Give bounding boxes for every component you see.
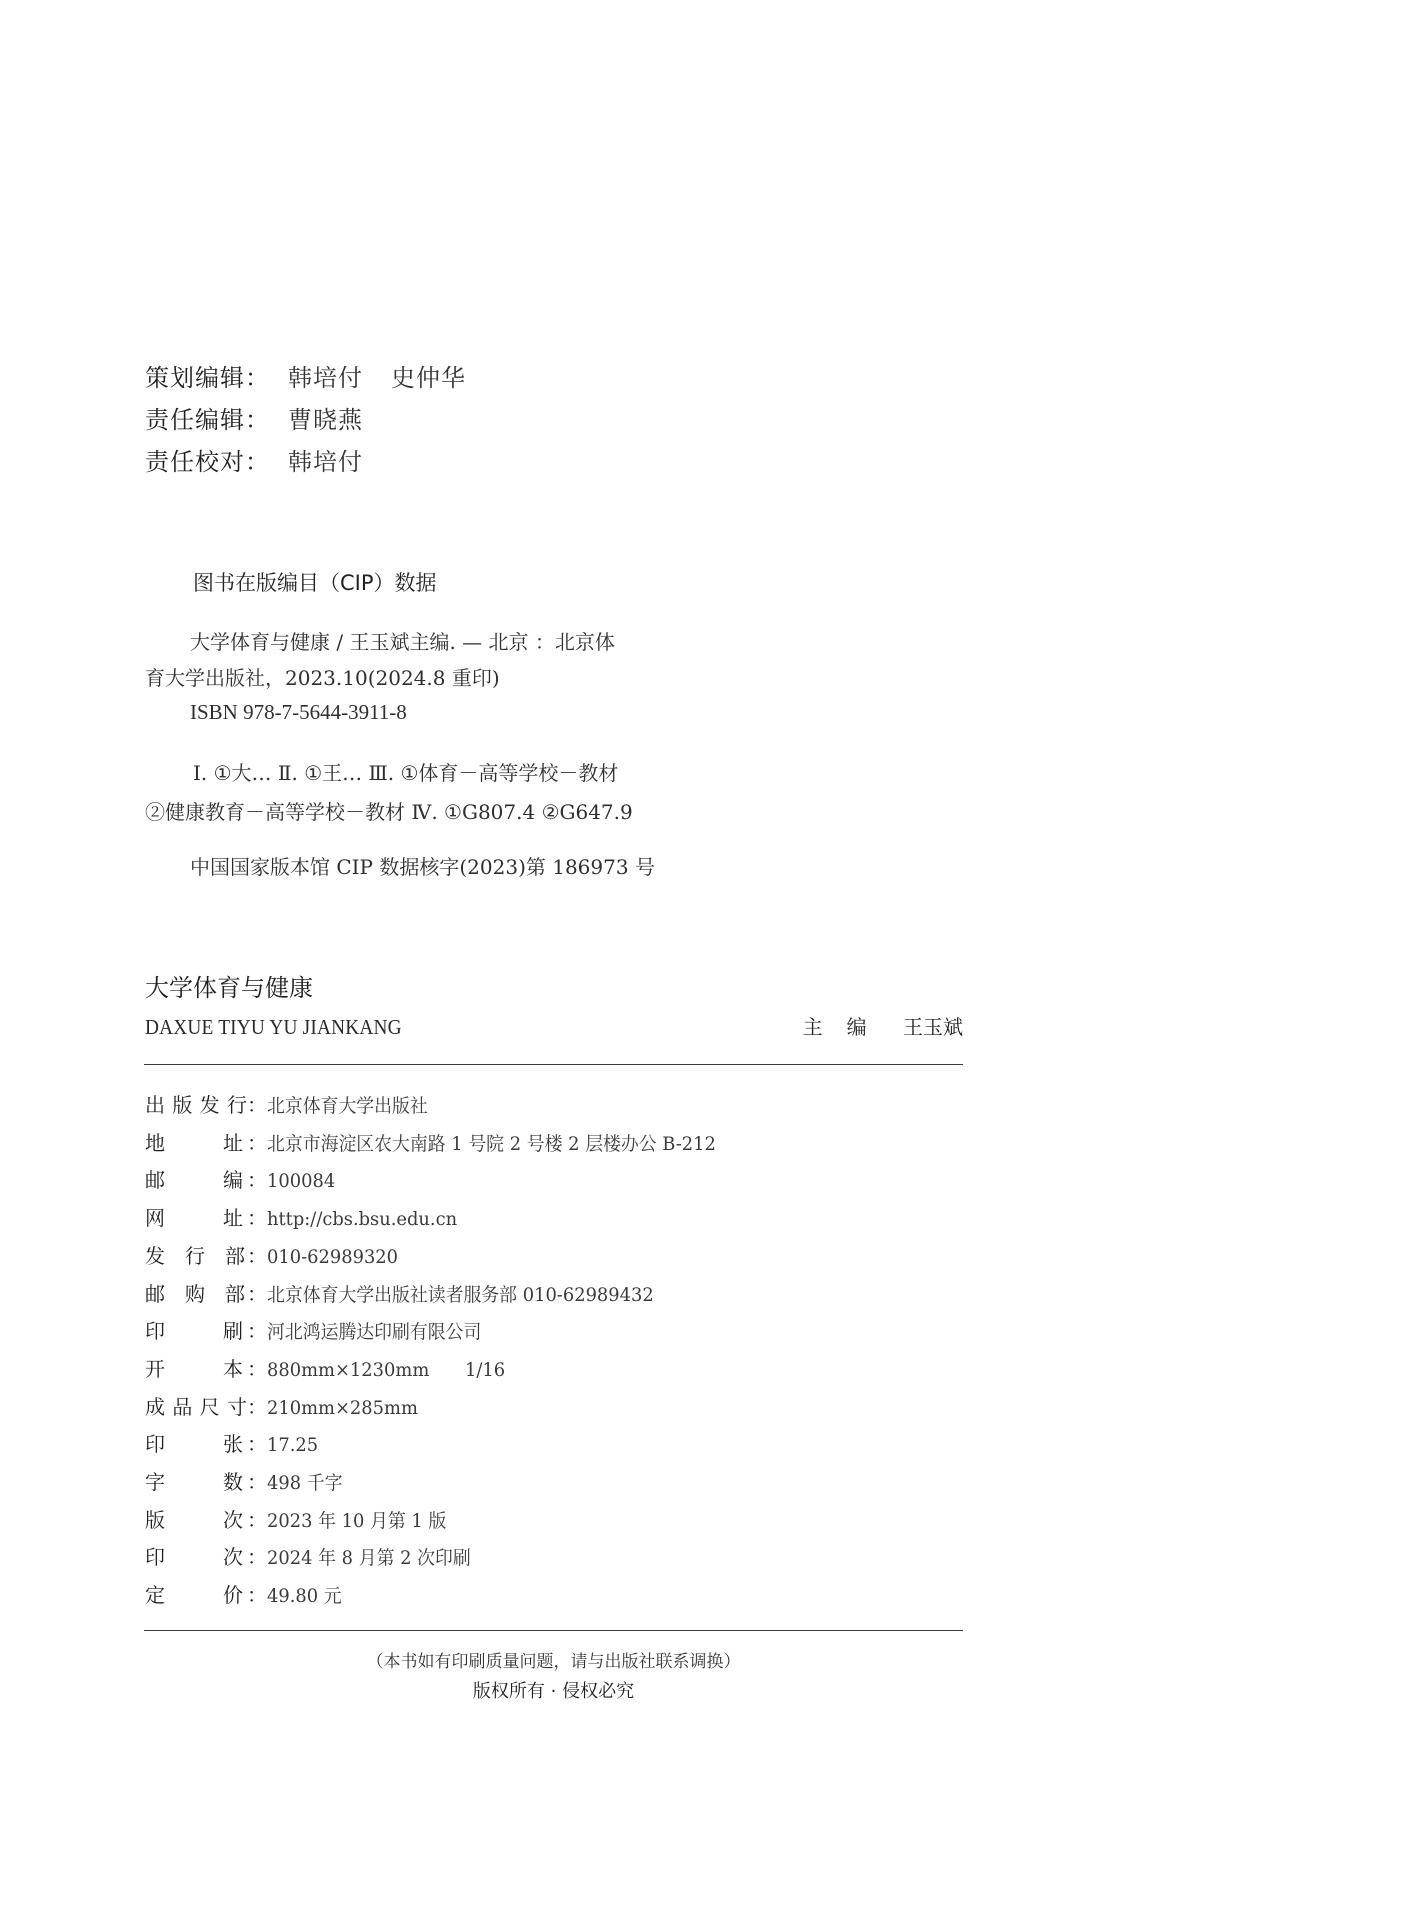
label-text: 发行部 [145,1240,247,1272]
label-colon: ： [247,1541,263,1573]
publisher-info-row: 字数：498 千字 [145,1466,347,1498]
label-colon: ： [247,1089,263,1121]
publisher-info-label: 印刷： [145,1315,267,1347]
publisher-info-label: 定价： [145,1579,267,1611]
publisher-info-value: 010-62989320 [267,1241,398,1273]
publisher-info-value[interactable]: http://cbs.bsu.edu.cn [267,1203,457,1235]
publisher-info-row: 发行部：010-62989320 [145,1240,406,1272]
label-colon: ： [247,1579,263,1611]
quality-notice: （本书如有印刷质量问题，请与出版社联系调换） [144,1649,963,1675]
publisher-info-value: 100084 [267,1165,335,1197]
label-text: 印张 [145,1428,247,1460]
publisher-info-row: 印次：2024 年 8 月第 2 次印刷 [145,1541,484,1573]
editor-label: 责任校对： [145,445,288,479]
book-title: 大学体育与健康 [145,972,313,1004]
publisher-info-value: 河北鸿运腾达印刷有限公司 [267,1316,481,1348]
publisher-info-value: 49.80 元 [267,1580,342,1612]
publisher-info-row: 邮购部：北京体育大学出版社读者服务部 010-62989432 [145,1278,678,1310]
publisher-info-value: 17.25 [267,1429,318,1461]
publisher-info-value: 北京市海淀区农大南路 1 号院 2 号楼 2 层楼办公 B-212 [267,1128,716,1160]
label-text: 字数 [145,1466,247,1498]
chief-editor-role: 主编 [803,1013,891,1041]
label-text: 版次 [145,1504,247,1536]
publisher-info-value: 880mm×1230mm 1/16 [267,1354,505,1386]
publisher-info-label: 地址： [145,1127,267,1159]
label-text: 邮购部 [145,1278,247,1310]
cip-record-number: 中国国家版本馆 CIP 数据核字(2023)第 186973 号 [190,852,655,882]
label-colon: ： [247,1164,263,1196]
cip-classification-line-1: Ⅰ. ①大… Ⅱ. ①王… Ⅲ. ①体育－高等学校－教材 [193,758,618,788]
editor-value: 史仲华 [391,361,466,395]
label-text: 邮编 [145,1164,247,1196]
editor-row-planning: 策划编辑：韩培付史仲华 [145,361,466,395]
publisher-info-row: 定价：49.80 元 [145,1579,346,1611]
label-text: 成品尺寸 [145,1391,247,1423]
publisher-info-value: 2024 年 8 月第 2 次印刷 [267,1542,471,1574]
publisher-info-label: 印张： [145,1428,267,1460]
publisher-info-row: 成品尺寸：210mm×285mm [145,1391,428,1423]
label-colon: ： [247,1353,263,1385]
publisher-info-row: 开本：880mm×1230mm 1/16 [145,1353,520,1385]
label-text: 网址 [145,1202,247,1234]
publisher-info-label: 开本： [145,1353,267,1385]
editor-value: 曹晓燕 [288,403,363,437]
publisher-info-row: 地址：北京市海淀区农大南路 1 号院 2 号楼 2 层楼办公 B-212 [145,1127,745,1159]
chief-editor-name: 王玉斌 [903,1013,963,1041]
publisher-info-label: 版次： [145,1504,267,1536]
publisher-info-label: 邮购部： [145,1278,267,1310]
label-colon: ： [247,1202,263,1234]
divider-top [144,1064,963,1065]
editor-value: 韩培付 [288,445,363,479]
book-pinyin-title: DAXUE TIYU YU JIANKANG [145,1013,402,1041]
editor-label: 责任编辑： [145,403,288,437]
label-colon: ： [247,1127,263,1159]
chief-editor: 主编 王玉斌 [803,1013,963,1041]
publisher-info-value: 498 千字 [267,1467,342,1499]
editor-value: 韩培付 [288,361,363,395]
label-colon: ： [247,1278,263,1310]
publisher-info-label: 网址： [145,1202,267,1234]
label-text: 开本 [145,1353,247,1385]
label-colon: ： [247,1504,263,1536]
publisher-info-value: 北京体育大学出版社 [267,1090,428,1122]
editor-row-proofreader: 责任校对：韩培付 [145,445,363,479]
publisher-info-label: 印次： [145,1541,267,1573]
editor-row-responsible-editor: 责任编辑：曹晓燕 [145,403,363,437]
editor-label: 策划编辑： [145,361,288,395]
publisher-info-row: 出版发行：北京体育大学出版社 [145,1089,438,1121]
publisher-info-value: 210mm×285mm [267,1392,418,1424]
publisher-info-row: 邮编：100084 [145,1164,340,1196]
label-colon: ： [247,1240,263,1272]
label-colon: ： [247,1315,263,1347]
label-colon: ： [247,1391,263,1423]
label-text: 印刷 [145,1315,247,1347]
publisher-info-label: 发行部： [145,1240,267,1272]
publisher-info-row: 版次：2023 年 10 月第 1 版 [145,1504,458,1536]
publisher-info-value: 2023 年 10 月第 1 版 [267,1505,446,1537]
cip-isbn: ISBN 978-7-5644-3911-8 [190,697,407,727]
label-text: 印次 [145,1541,247,1573]
divider-bottom [144,1630,963,1631]
copyright-notice: 版权所有 · 侵权必究 [144,1679,963,1705]
label-text: 出版发行 [145,1089,247,1121]
label-colon: ： [247,1466,263,1498]
publisher-info-label: 邮编： [145,1164,267,1196]
publisher-info-label: 成品尺寸： [145,1391,267,1423]
label-colon: ： [247,1428,263,1460]
publisher-info-row: 印张：17.25 [145,1428,321,1460]
cip-title: 图书在版编目（CIP）数据 [193,567,437,599]
cip-classification-line-2: ②健康教育－高等学校－教材 Ⅳ. ①G807.4 ②G647.9 [145,797,633,827]
cip-entry-line-1: 大学体育与健康 / 王玉斌主编. — 北京 ：北京体 [190,627,615,657]
publisher-info-label: 出版发行： [145,1089,267,1121]
publisher-info-row: 印刷：河北鸿运腾达印刷有限公司 [145,1315,495,1347]
label-text: 地址 [145,1127,247,1159]
label-text: 定价 [145,1579,247,1611]
publisher-info-row: 网址：http://cbs.bsu.edu.cn [145,1202,469,1234]
publisher-info-value: 北京体育大学出版社读者服务部 010-62989432 [267,1279,654,1311]
publisher-info-label: 字数： [145,1466,267,1498]
cip-entry-line-2: 育大学出版社，2023.10(2024.8 重印) [145,663,500,693]
